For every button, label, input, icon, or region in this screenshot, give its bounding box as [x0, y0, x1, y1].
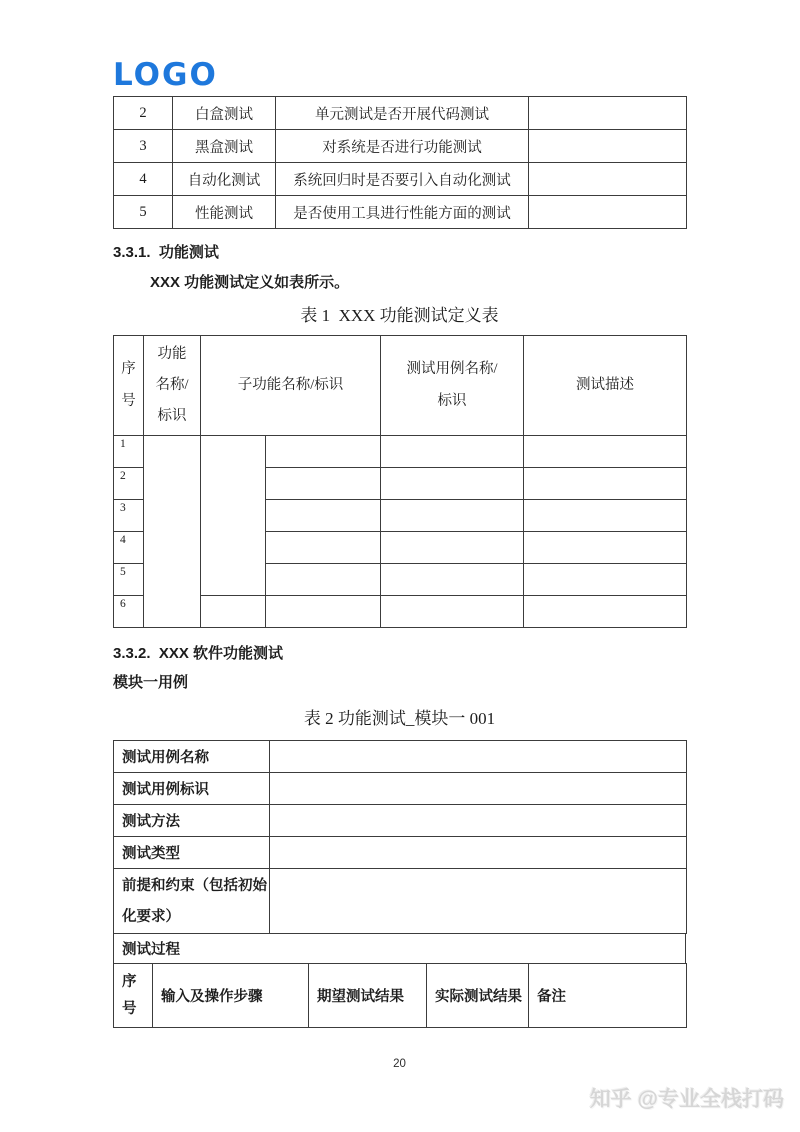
- company-logo: LOGO: [113, 60, 686, 91]
- case-cell: [381, 468, 524, 500]
- row-number-cell: 4: [114, 163, 173, 196]
- header-no: 序 号: [114, 336, 144, 436]
- table-row: 测试类型: [114, 837, 687, 869]
- table-row: 测试用例名称: [114, 741, 687, 773]
- step-header-actual: 实际测试结果: [427, 964, 529, 1028]
- subfunc-cell: [266, 564, 381, 596]
- page-number: 20: [113, 1058, 686, 1070]
- field-value-cell: [270, 773, 687, 805]
- module-subheading: 模块一用例: [113, 671, 686, 692]
- field-label-cell: 前提和约束（包括初始化要求）: [114, 869, 270, 934]
- test-case-fields-table: 测试用例名称 测试用例标识 测试方法 测试类型 前提和约束（包括初始化要求）: [113, 740, 687, 934]
- empty-cell: [529, 97, 687, 130]
- function-test-definition-table: 序 号 功能 名称/ 标识 子功能名称/标识 测试用例名称/ 标识 测试描述 1…: [113, 335, 687, 628]
- step-header-input: 输入及操作步骤: [153, 964, 309, 1028]
- subfunc-cell: [266, 532, 381, 564]
- test-process-label-cell: 测试过程: [114, 934, 686, 964]
- section-heading-3-3-1: 3.3.1. 功能测试: [113, 241, 686, 262]
- step-header-expected: 期望测试结果: [309, 964, 427, 1028]
- case-cell: [381, 596, 524, 628]
- table1-header-row: 序 号 功能 名称/ 标识 子功能名称/标识 测试用例名称/ 标识 测试描述: [114, 336, 687, 436]
- field-label-cell: 测试用例标识: [114, 773, 270, 805]
- row-number-cell: 1: [114, 436, 144, 468]
- case-cell: [381, 500, 524, 532]
- row-number-cell: 2: [114, 97, 173, 130]
- desc-cell: [524, 468, 687, 500]
- case-cell: [381, 532, 524, 564]
- step-header-remark: 备注: [529, 964, 687, 1028]
- field-value-cell: [270, 837, 687, 869]
- test-steps-header-table: 序 号 输入及操作步骤 期望测试结果 实际测试结果 备注: [113, 963, 687, 1028]
- row-number-cell: 5: [114, 196, 173, 229]
- subfunc-left-cell: [201, 596, 266, 628]
- row-number-cell: 2: [114, 468, 144, 500]
- test-type-cell: 黑盒测试: [173, 130, 276, 163]
- desc-cell: [524, 500, 687, 532]
- table-row: 前提和约束（包括初始化要求）: [114, 869, 687, 934]
- page-content: LOGO 2 白盒测试 单元测试是否开展代码测试 3 黑盒测试 对系统是否进行功…: [113, 60, 686, 1070]
- table-row: 1: [114, 436, 687, 468]
- table-row: 测试过程: [114, 934, 686, 964]
- desc-cell: [524, 532, 687, 564]
- table2-caption: 表 2 功能测试_模块一 001: [113, 704, 686, 729]
- case-cell: [381, 436, 524, 468]
- subfunc-left-merged-cell: [201, 436, 266, 596]
- table-row: 测试用例标识: [114, 773, 687, 805]
- table-row: 5 性能测试 是否使用工具进行性能方面的测试: [114, 196, 687, 229]
- desc-cell: [524, 436, 687, 468]
- table-row: 测试方法: [114, 805, 687, 837]
- test-desc-cell: 对系统是否进行功能测试: [276, 130, 529, 163]
- header-subfunc: 子功能名称/标识: [201, 336, 381, 436]
- field-label-cell: 测试类型: [114, 837, 270, 869]
- test-type-cell: 自动化测试: [173, 163, 276, 196]
- table-row: 4 自动化测试 系统回归时是否要引入自动化测试: [114, 163, 687, 196]
- desc-cell: [524, 564, 687, 596]
- header-func: 功能 名称/ 标识: [144, 336, 201, 436]
- subfunc-cell: [266, 436, 381, 468]
- test-type-cell: 白盒测试: [173, 97, 276, 130]
- field-label-cell: 测试方法: [114, 805, 270, 837]
- row-number-cell: 5: [114, 564, 144, 596]
- test-desc-cell: 系统回归时是否要引入自动化测试: [276, 163, 529, 196]
- row-number-cell: 3: [114, 500, 144, 532]
- table1-caption: 表 1 XXX 功能测试定义表: [113, 301, 686, 326]
- subfunc-cell: [266, 500, 381, 532]
- row-number-cell: 3: [114, 130, 173, 163]
- subfunc-cell: [266, 596, 381, 628]
- test-desc-cell: 是否使用工具进行性能方面的测试: [276, 196, 529, 229]
- section-heading-3-3-2: 3.3.2. XXX 软件功能测试: [113, 642, 686, 663]
- table-row: 2 白盒测试 单元测试是否开展代码测试: [114, 97, 687, 130]
- empty-cell: [529, 130, 687, 163]
- watermark: 知乎 @专业全栈打码: [590, 1083, 784, 1113]
- func-merged-cell: [144, 436, 201, 628]
- row-number-cell: 4: [114, 532, 144, 564]
- header-case: 测试用例名称/ 标识: [381, 336, 524, 436]
- step-header-no: 序 号: [114, 964, 153, 1028]
- test-type-cell: 性能测试: [173, 196, 276, 229]
- document-page: LOGO 2 白盒测试 单元测试是否开展代码测试 3 黑盒测试 对系统是否进行功…: [0, 0, 800, 1132]
- table-row: 3 黑盒测试 对系统是否进行功能测试: [114, 130, 687, 163]
- field-value-cell: [270, 741, 687, 773]
- subfunc-cell: [266, 468, 381, 500]
- test-process-band: 测试过程: [113, 933, 686, 964]
- field-value-cell: [270, 805, 687, 837]
- case-cell: [381, 564, 524, 596]
- test-desc-cell: 单元测试是否开展代码测试: [276, 97, 529, 130]
- empty-cell: [529, 163, 687, 196]
- desc-cell: [524, 596, 687, 628]
- table-row: 序 号 输入及操作步骤 期望测试结果 实际测试结果 备注: [114, 964, 687, 1028]
- test-type-checklist-table: 2 白盒测试 单元测试是否开展代码测试 3 黑盒测试 对系统是否进行功能测试 4…: [113, 96, 687, 229]
- header-desc: 测试描述: [524, 336, 687, 436]
- field-label-cell: 测试用例名称: [114, 741, 270, 773]
- row-number-cell: 6: [114, 596, 144, 628]
- empty-cell: [529, 196, 687, 229]
- intro-paragraph: XXX 功能测试定义如表所示。: [150, 271, 686, 292]
- field-value-cell: [270, 869, 687, 934]
